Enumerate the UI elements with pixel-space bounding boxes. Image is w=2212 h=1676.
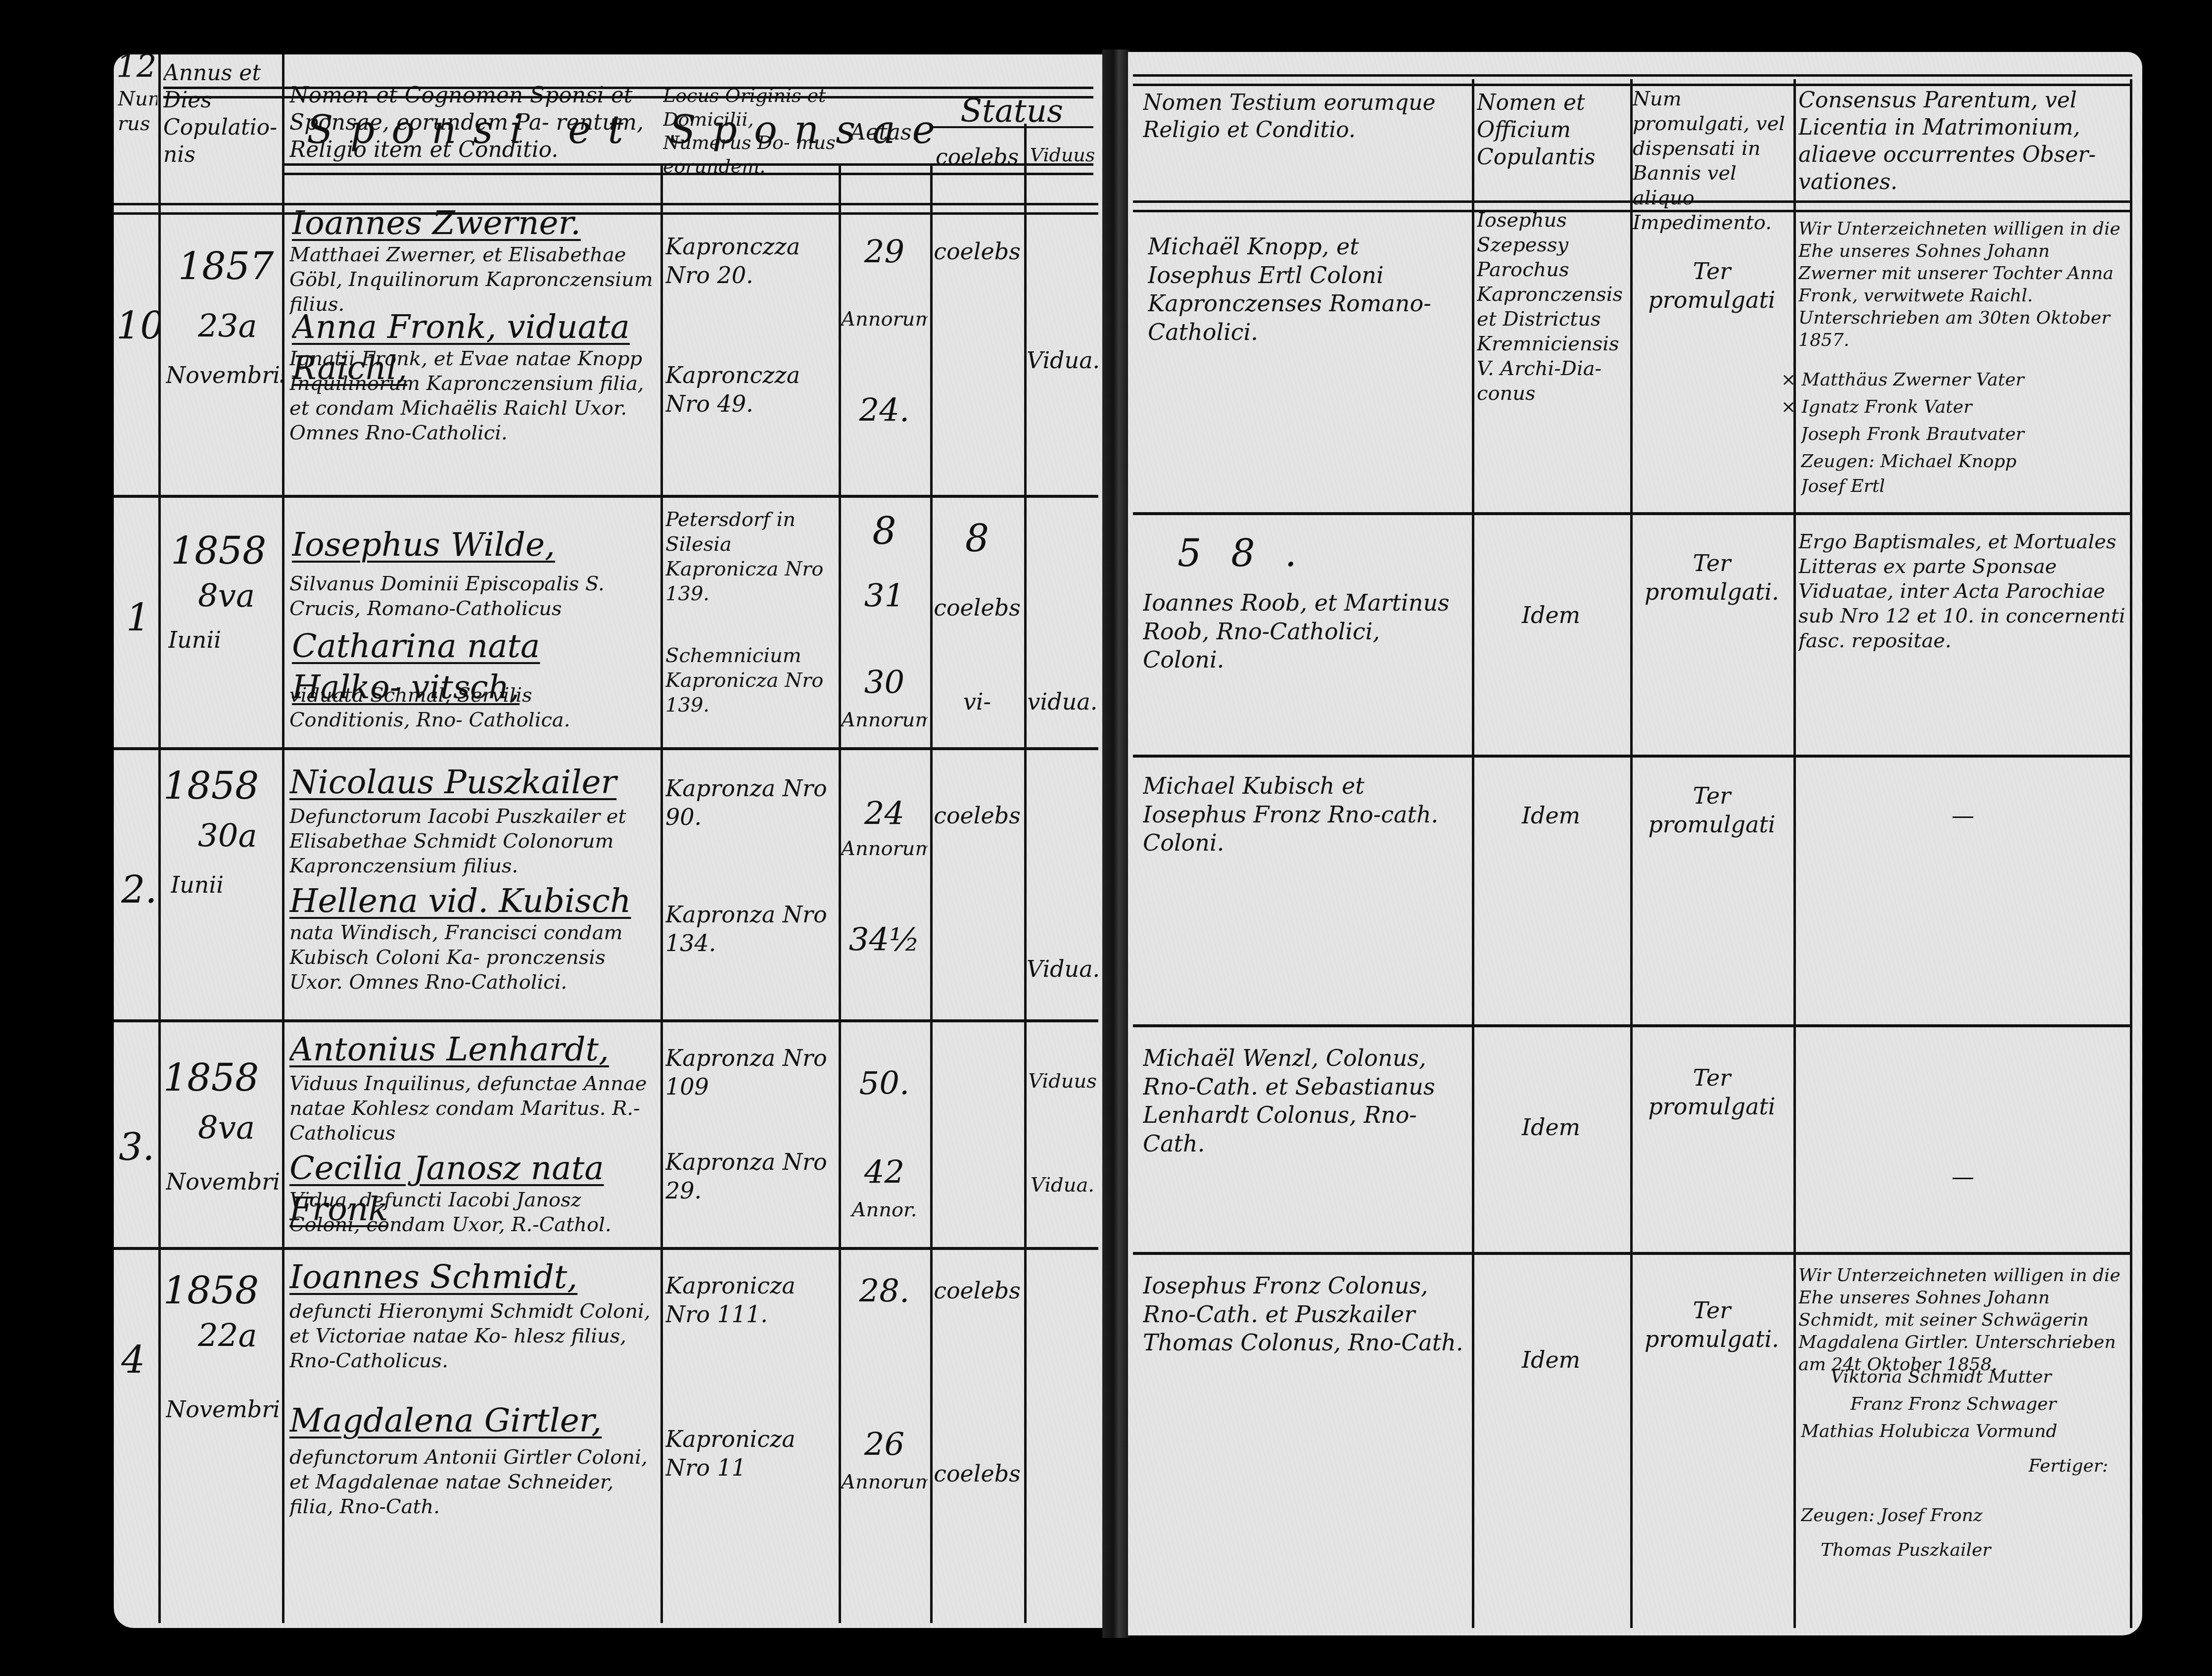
groom-status: coelebs <box>933 238 1022 266</box>
entry-number: 10. <box>116 302 158 349</box>
bride-age: 30 <box>841 663 928 703</box>
bride-status: Vidua. <box>1027 955 1098 984</box>
witnesses: Michael Kubisch et Iosephus Fronz Rno-ca… <box>1143 772 1464 858</box>
header-officiant: Nomen et Officium Copulantis <box>1477 89 1625 171</box>
header-remarks: Consensus Parentum, vel Licentia in Matr… <box>1798 87 2125 195</box>
entry-year: 1857 <box>178 242 277 289</box>
rule-row-3-right <box>1133 1024 2132 1027</box>
rule-row-1 <box>114 495 1098 498</box>
rule-row-2-right <box>1133 755 2132 758</box>
banns: Ter promulgati. <box>1635 1296 1788 1353</box>
bride-origin: Schemnicium Kapronicza Nro 139. <box>665 643 834 718</box>
rule-banns-col <box>1793 79 1796 1628</box>
officiant: Idem <box>1477 601 1625 630</box>
age-unit: Annorum <box>841 307 928 332</box>
rule-names-col <box>660 163 663 1623</box>
rule-age-col <box>930 163 933 1623</box>
bride-age: 34½ <box>841 920 928 960</box>
groom-name: Nicolaus Puszkailer <box>289 762 658 803</box>
entry-month: Novembris <box>166 1168 280 1197</box>
groom-status: coelebs <box>933 802 1022 830</box>
groom-name: Antonius Lenhardt, <box>289 1029 658 1070</box>
year-tally-left-status: 8 <box>933 515 1022 562</box>
signature-3: Mathias Holubicza Vormund <box>1801 1420 2127 1442</box>
rule-origin-col <box>839 163 841 1623</box>
groom-age: 28. <box>841 1272 928 1311</box>
bride-details: Ignatii Fronk, et Evae natae Knopp Inqui… <box>289 346 658 445</box>
entry-number: 2. <box>121 866 156 913</box>
signature-5: Zeugen: Josef Fronz <box>1801 1504 2127 1527</box>
groom-origin: Petersdorf in Silesia Kapronicza Nro 139… <box>665 507 834 606</box>
banns: Ter promulgati. <box>1635 549 1788 606</box>
officiant: Idem <box>1477 802 1625 830</box>
year-tally-left: 8 <box>841 507 928 554</box>
header-origin: Locus Originis et Domicilii, Numerus Do-… <box>663 84 836 178</box>
bride-name: Hellena vid. Kubisch <box>289 881 658 922</box>
header-names-text: Nomen et Cognomen Sponsi et Sponsae, eor… <box>289 82 656 163</box>
remarks: — <box>1798 802 2127 830</box>
header-witnesses: Nomen Testium eorumque Religio et Condit… <box>1143 89 1459 144</box>
signature-6: Thomas Puszkailer <box>1821 1539 2127 1561</box>
groom-origin: Kapronicza Nro 111. <box>665 1272 834 1329</box>
header-coelebs: coelebs <box>933 144 1022 171</box>
bride-status: vidua. <box>1027 688 1098 717</box>
bride-origin: Kapronza Nro 29. <box>665 1148 834 1205</box>
age-unit: Annor. <box>841 1197 928 1222</box>
rule-date-col <box>282 54 284 1623</box>
entry-year: 1858 <box>171 527 280 574</box>
groom-status: Viduus <box>1027 1069 1098 1094</box>
witnesses: Ioannes Roob, et Martinus Roob, Rno-Cath… <box>1143 589 1464 674</box>
bride-status: coelebs <box>933 1460 1022 1488</box>
remarks: Wir Unterzeichneten willigen in die Ehe … <box>1798 1264 2127 1376</box>
groom-details: Defunctorum Iacobi Puszkailer et Elisabe… <box>289 804 658 878</box>
entry-month: Iunii <box>168 626 280 655</box>
year-tally-right: 58. <box>1177 529 1375 576</box>
signature-5: Josef Ertl <box>1801 475 2127 497</box>
officiant: Idem <box>1477 1113 1625 1142</box>
bride-details: defunctorum Antonii Girtler Coloni, et M… <box>289 1445 658 1519</box>
rule-row-1-right <box>1133 512 2132 515</box>
signature-2: Franz Fronz Schwager <box>1850 1393 2127 1415</box>
age-unit: Annorum <box>841 836 928 861</box>
rule-row-4-right <box>1133 1252 2132 1255</box>
signature-3: Joseph Fronk Brautvater <box>1801 423 2127 445</box>
entry-number: 1 <box>126 594 156 641</box>
groom-name: Ioannes Zwerner. <box>292 203 658 244</box>
groom-status: coelebs <box>933 594 1022 623</box>
bride-details: viduata Schmal, Servilis Conditionis, Rn… <box>289 683 658 732</box>
header-date: Annus et Dies Copulatio- nis <box>163 59 280 168</box>
page-number: 121 <box>116 47 161 87</box>
rule-officiant-col <box>1630 79 1633 1628</box>
bride-status: Vidua. <box>1027 346 1098 375</box>
entry-month: Novembris <box>166 361 282 390</box>
groom-age: 50. <box>841 1064 928 1103</box>
age-unit: Annorum <box>841 1470 928 1494</box>
header-age: Aetas. <box>841 119 928 146</box>
entry-year: 1858 <box>163 1054 280 1101</box>
entry-day: 30a <box>198 816 277 856</box>
header-status: Status <box>930 92 1093 131</box>
groom-age: 31 <box>841 576 928 616</box>
bride-age: 26 <box>841 1425 928 1465</box>
officiant: Idem <box>1477 1346 1625 1375</box>
banns: Ter promulgati <box>1635 257 1788 314</box>
bride-status: Vidua. <box>1027 1173 1098 1197</box>
rule-row-2 <box>114 747 1098 750</box>
witnesses: Michaël Knopp, et Iosephus Ertl Coloni K… <box>1148 233 1464 346</box>
header-viduus: Viduus <box>1027 144 1098 167</box>
bride-status-prefix: vi- <box>933 688 1022 717</box>
groom-name: Ioannes Schmidt, <box>289 1257 658 1298</box>
signature-1: × Matthäus Zwerner Vater <box>1781 369 2127 391</box>
bride-origin: Kapronza Nro 134. <box>665 901 834 958</box>
header-number: Nume- rus <box>118 87 157 136</box>
remarks: Wir Unterzeichneten willigen in die Ehe … <box>1798 218 2127 351</box>
rule-row-3 <box>114 1019 1098 1022</box>
entry-month: Iunii <box>171 871 280 900</box>
bride-details: nata Windisch, Francisci condam Kubisch … <box>289 920 658 995</box>
remarks: — <box>1798 1163 2127 1192</box>
header-banns: Num promulgati, vel dispensati in Bannis… <box>1633 87 1791 235</box>
groom-details: Matthaei Zwerner, et Elisabethae Göbl, I… <box>289 242 658 317</box>
entry-month: Novembris <box>166 1395 280 1424</box>
signature-4: Zeugen: Michael Knopp <box>1801 450 2127 473</box>
rule-number-col <box>158 54 161 1623</box>
entry-year: 1858 <box>163 1267 280 1314</box>
entry-day: 8va <box>198 1108 277 1148</box>
bride-origin: Kapronczza Nro 49. <box>665 361 834 418</box>
groom-age: 29 <box>841 233 928 272</box>
entry-day: 8va <box>198 576 277 616</box>
entry-year: 1858 <box>163 762 280 809</box>
signature-2: × Ignatz Fronk Vater <box>1781 396 2127 418</box>
remarks: Ergo Baptismales, et Mortuales Litteras … <box>1798 529 2127 653</box>
signature-1: Viktoria Schmidt Mutter <box>1831 1366 2127 1388</box>
rule-right-edge <box>2130 79 2132 1628</box>
book-spine <box>1102 49 1130 1638</box>
rule-row-4 <box>114 1247 1098 1250</box>
age-unit: Annorum <box>841 708 928 732</box>
groom-age: 24 <box>841 794 928 834</box>
signature-4: Fertiger: <box>2028 1455 2127 1477</box>
witnesses: Michaël Wenzl, Colonus, Rno-Cath. et Seb… <box>1143 1044 1464 1158</box>
entry-day: 23a <box>198 307 277 346</box>
banns: Ter promulgati <box>1635 782 1788 839</box>
entry-number: 4 <box>121 1336 156 1383</box>
bride-name: Magdalena Girtler, <box>289 1400 658 1441</box>
bride-age: 42 <box>841 1153 928 1193</box>
groom-name: Iosephus Wilde, <box>292 525 658 566</box>
entry-number: 3. <box>119 1123 156 1170</box>
groom-status: coelebs <box>933 1277 1022 1305</box>
bride-age: 24. <box>841 391 928 431</box>
groom-details: defuncti Hieronymi Schmidt Coloni, et Vi… <box>289 1299 658 1373</box>
bride-details: Vidua, defuncti Iacobi Janosz Coloni, co… <box>289 1188 658 1237</box>
bride-origin: Kapronicza Nro 11 <box>665 1425 834 1482</box>
banns: Ter promulgati <box>1635 1064 1788 1121</box>
groom-origin: Kapronczza Nro 20. <box>665 233 834 289</box>
groom-details: Silvanus Dominii Episcopalis S. Crucis, … <box>289 572 658 621</box>
groom-details: Viduus Inquilinus, defunctae Annae natae… <box>289 1071 658 1146</box>
officiant: Iosephus Szepessy Parochus Kapronczensis… <box>1477 208 1625 406</box>
rule-witnesses-col <box>1472 79 1474 1628</box>
groom-origin: Kapronza Nro 109 <box>665 1044 834 1101</box>
entry-day: 22a <box>198 1316 277 1356</box>
witnesses: Iosephus Fronz Colonus, Rno-Cath. et Pus… <box>1143 1272 1464 1357</box>
groom-origin: Kapronza Nro 90. <box>665 774 834 831</box>
rule-top-right <box>1133 74 2132 86</box>
